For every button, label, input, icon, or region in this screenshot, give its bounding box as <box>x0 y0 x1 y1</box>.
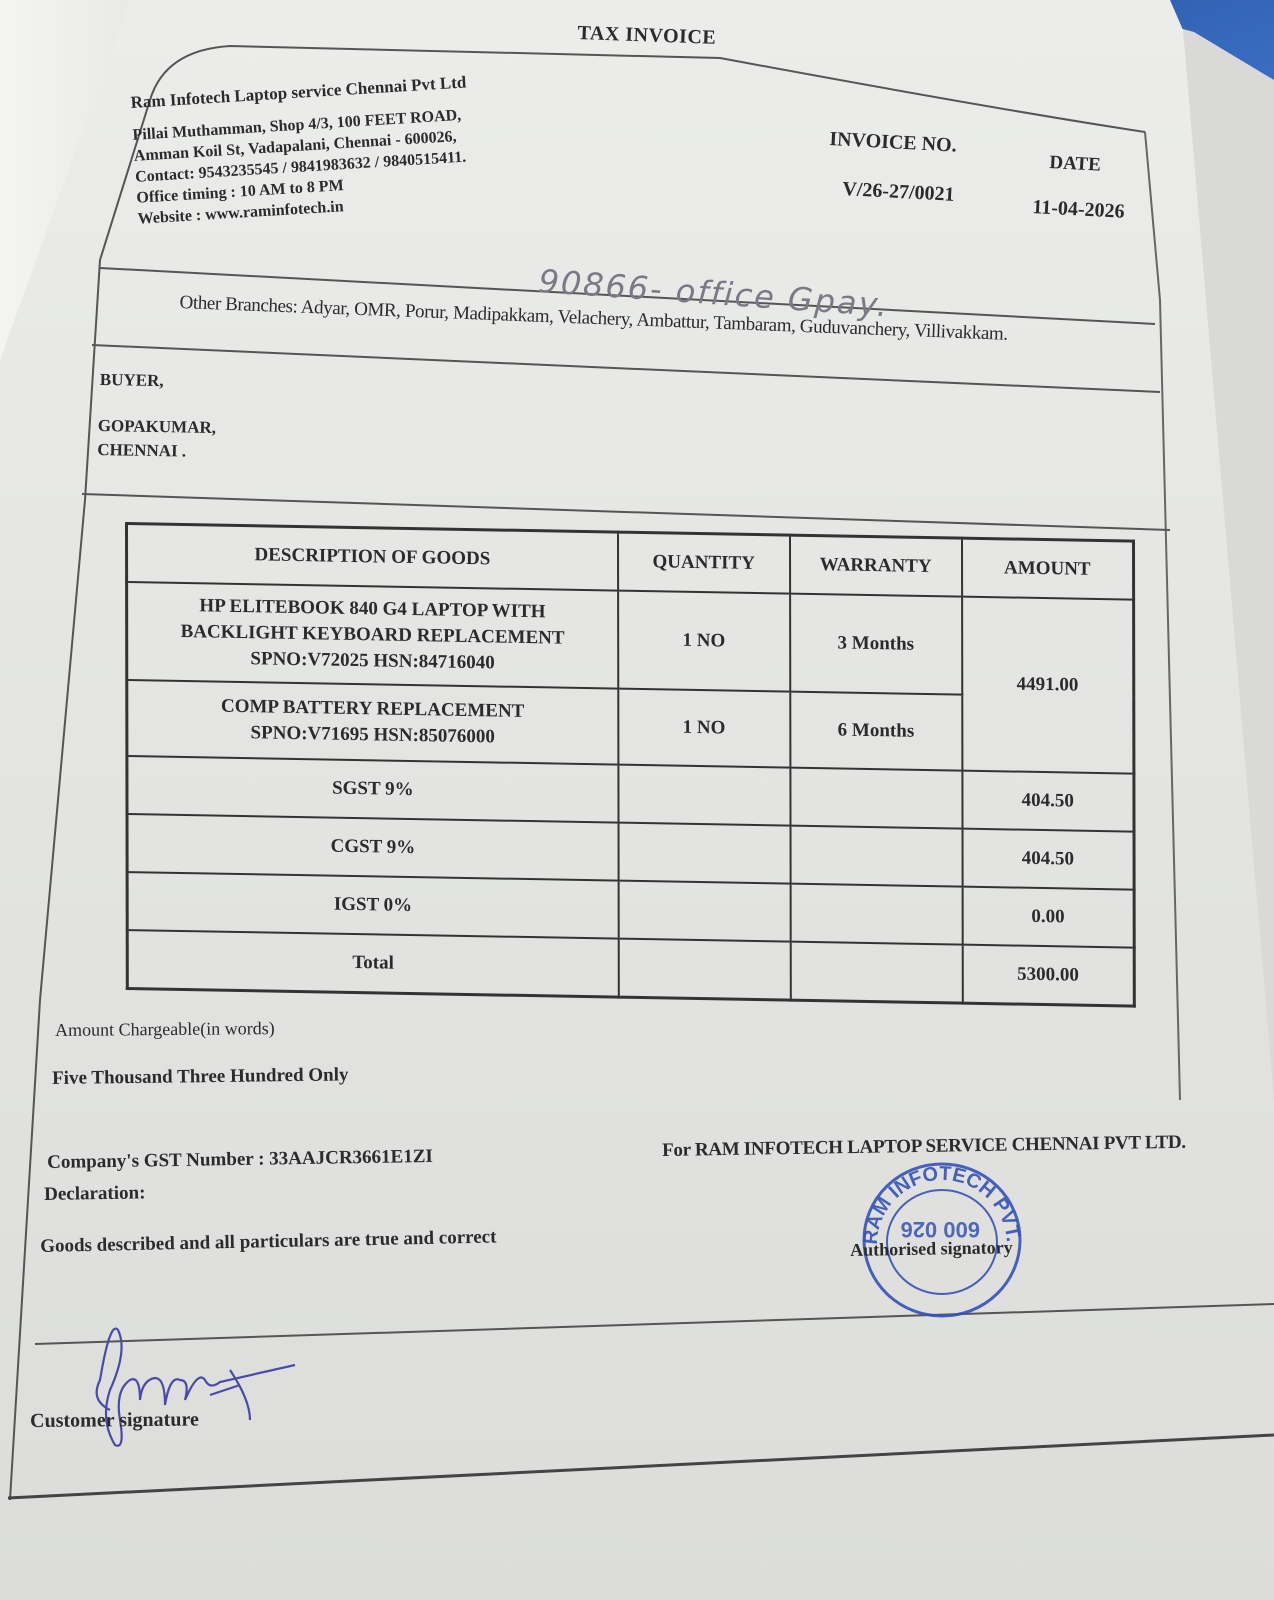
header-amount: AMOUNT <box>962 538 1134 600</box>
item-description: HP ELITEBOOK 840 G4 LAPTOP WITH BACKLIGH… <box>127 582 618 689</box>
empty-cell <box>618 823 790 884</box>
empty-cell <box>790 768 962 829</box>
date-label: DATE <box>1049 152 1101 177</box>
buyer-details: GOPAKUMAR, CHENNAI . <box>97 414 216 464</box>
invoice-date: 11-04-2026 <box>1032 196 1125 224</box>
company-block: Ram Infotech Laptop service Chennai Pvt … <box>130 71 474 229</box>
header-warranty: WARRANTY <box>790 535 962 597</box>
empty-cell <box>618 765 790 826</box>
item-warranty: 6 Months <box>790 692 962 771</box>
empty-cell <box>618 939 790 1001</box>
header-quantity: QUANTITY <box>618 532 790 594</box>
tax-label: SGST 9% <box>127 756 618 823</box>
header-description: DESCRIPTION OF GOODS <box>127 524 618 591</box>
buyer-label: BUYER, <box>100 370 164 391</box>
amount-words: Five Thousand Three Hundred Only <box>52 1064 349 1090</box>
table-row: HP ELITEBOOK 840 G4 LAPTOP WITH BACKLIGH… <box>127 582 1134 698</box>
goods-table: DESCRIPTION OF GOODS QUANTITY WARRANTY A… <box>125 522 1136 1008</box>
buyer-city: CHENNAI . <box>97 438 216 464</box>
company-stamp-icon: RAM INFOTECH PVT. LTD. * 600 026 <box>852 1150 1032 1320</box>
item-description: COMP BATTERY REPLACEMENT SPNO:V71695 HSN… <box>127 680 618 765</box>
total-label: Total <box>127 930 618 997</box>
document-title: TAX INVOICE <box>577 22 716 50</box>
amount-words-label: Amount Chargeable(in words) <box>55 1018 275 1041</box>
tax-label: CGST 9% <box>127 814 618 881</box>
tax-amount: 404.50 <box>962 771 1134 832</box>
empty-cell <box>790 884 962 945</box>
item-warranty: 3 Months <box>790 594 962 695</box>
customer-signature-label: Customer signature <box>30 1409 199 1433</box>
item-quantity: 1 NO <box>618 591 790 692</box>
tax-amount: 0.00 <box>962 887 1134 948</box>
item-quantity: 1 NO <box>618 689 790 768</box>
tax-label: IGST 0% <box>127 872 618 939</box>
total-amount: 5300.00 <box>962 945 1134 1007</box>
buyer-name: GOPAKUMAR, <box>98 414 217 440</box>
tax-amount: 404.50 <box>962 829 1134 890</box>
items-amount: 4491.00 <box>962 597 1134 774</box>
empty-cell <box>790 826 962 887</box>
goods-table-wrap: DESCRIPTION OF GOODS QUANTITY WARRANTY A… <box>125 522 1166 1010</box>
authorised-signatory: Authorised signatory <box>850 1237 1013 1261</box>
empty-cell <box>790 942 962 1004</box>
empty-cell <box>618 881 790 942</box>
declaration-label: Declaration: <box>44 1182 146 1206</box>
